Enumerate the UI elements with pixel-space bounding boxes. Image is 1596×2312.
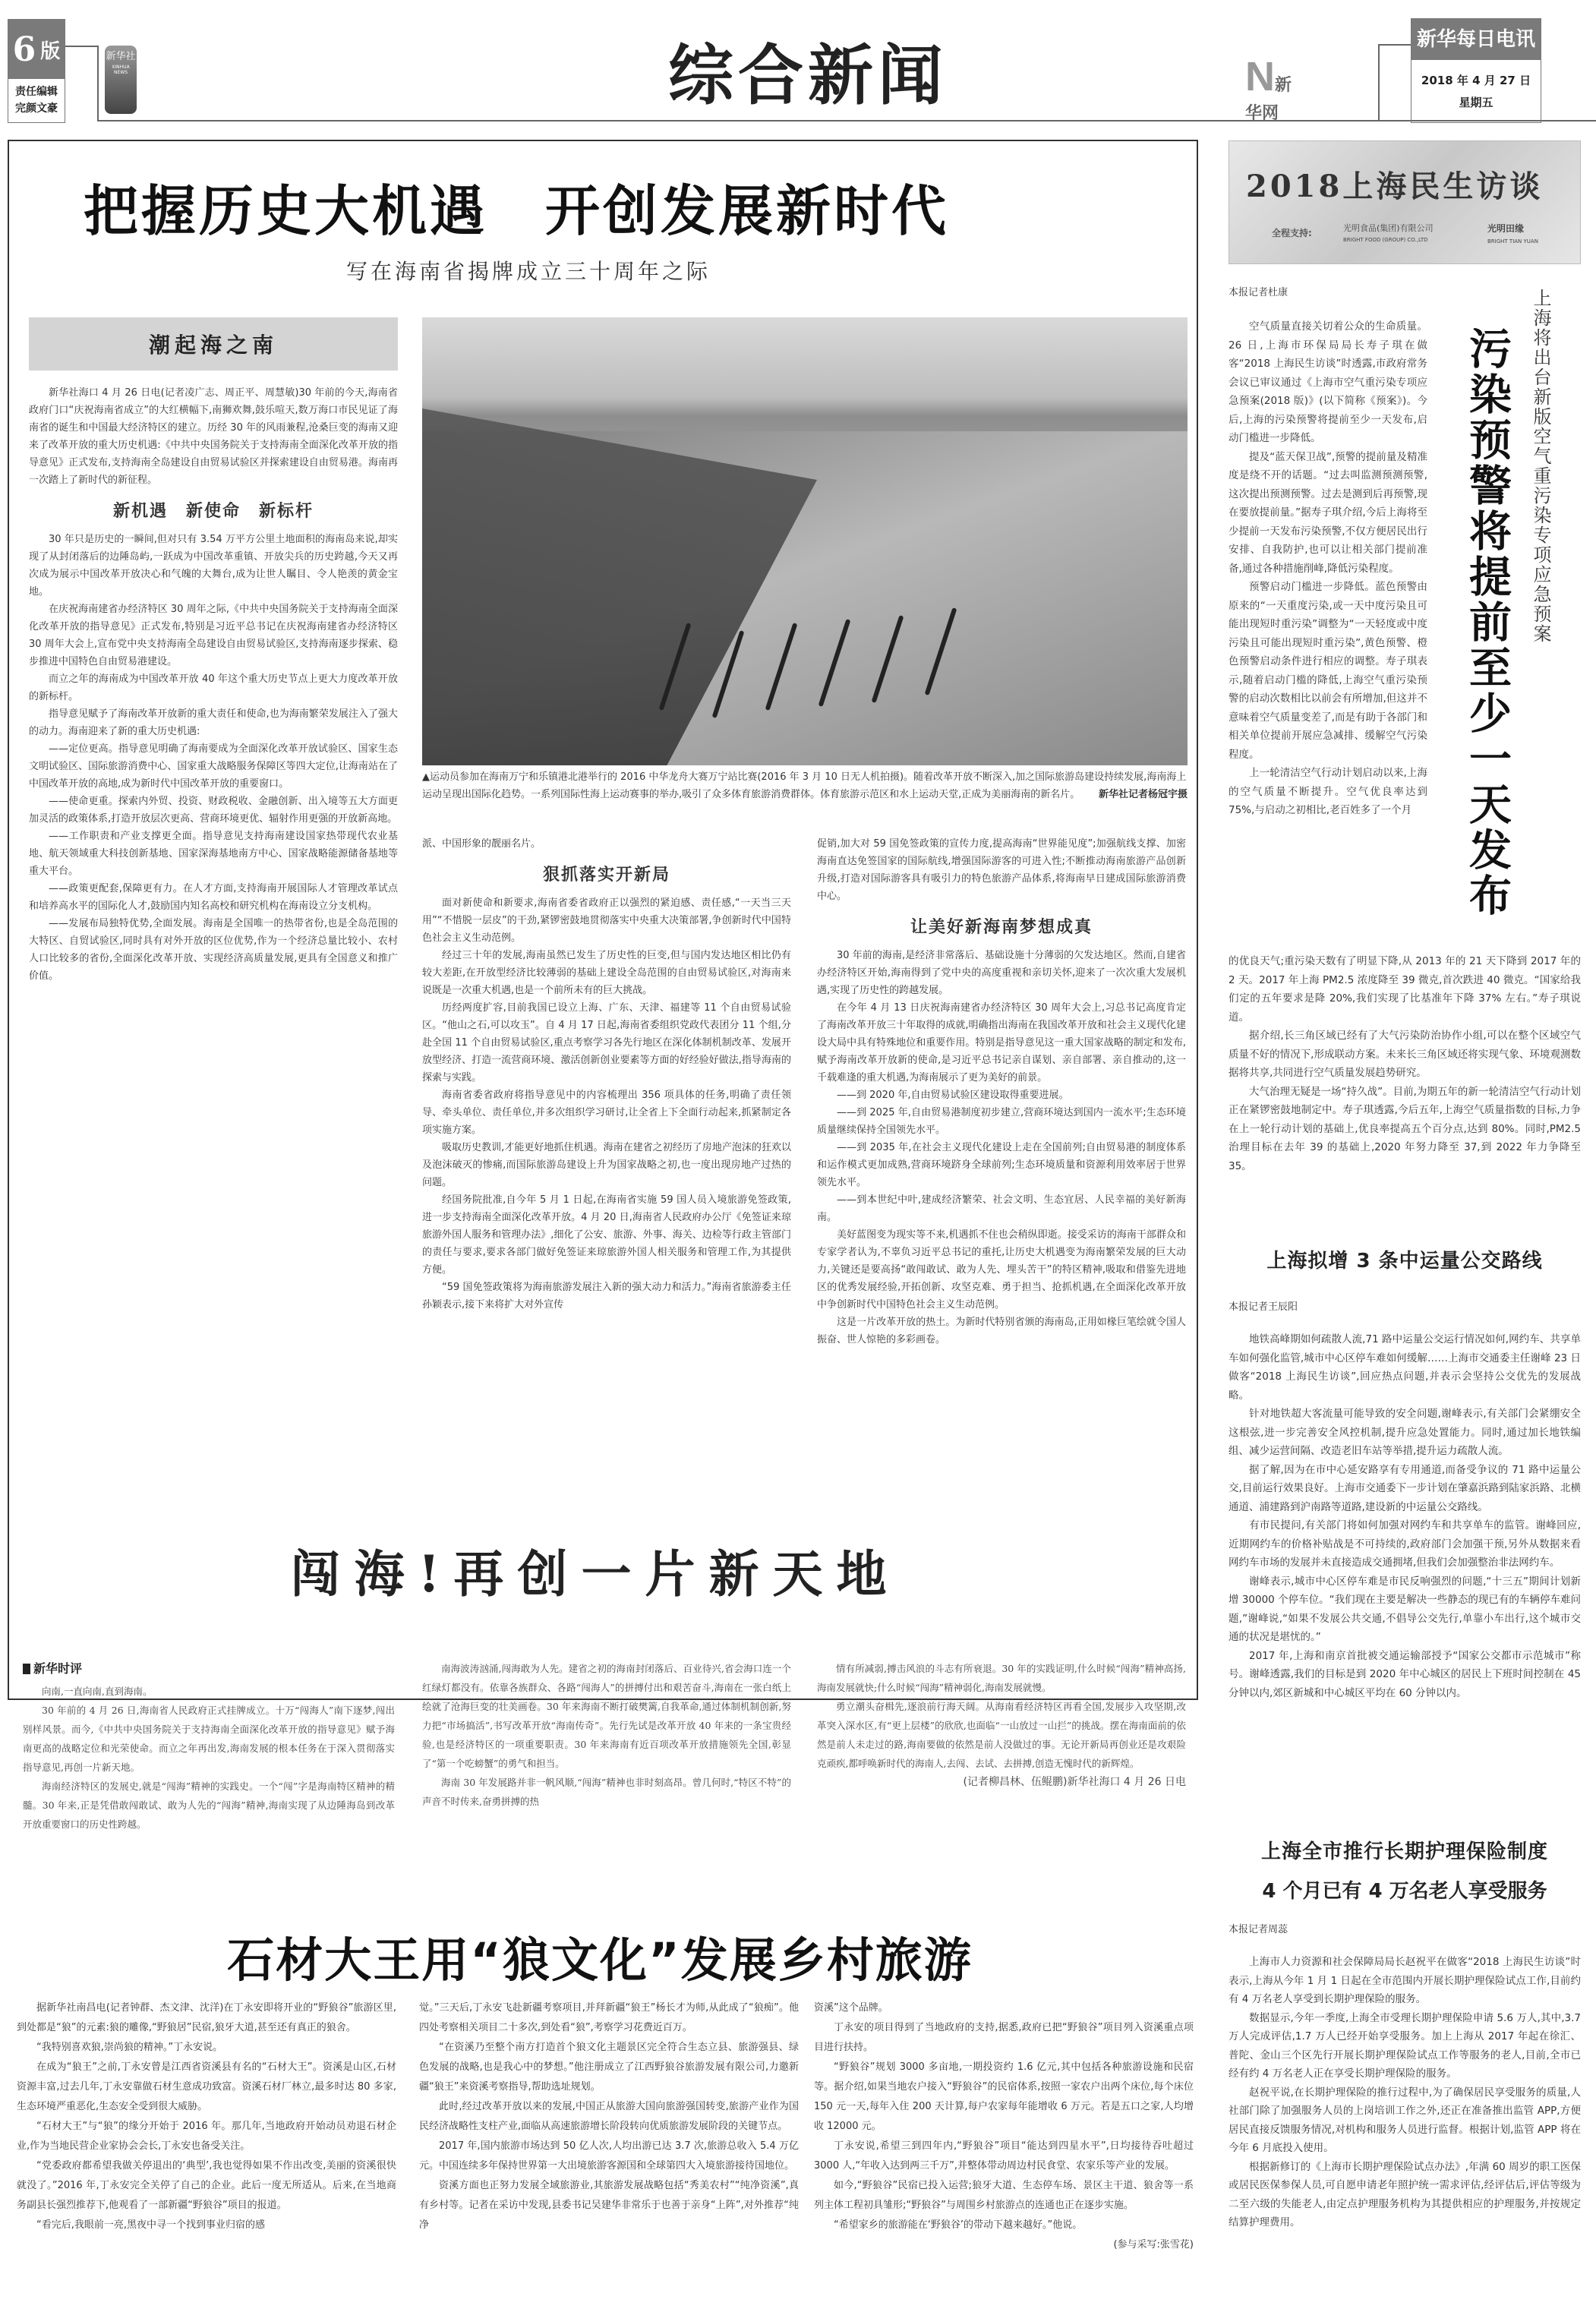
xinhua-logo-icon: 新华社 XINHUA NEWS bbox=[105, 46, 137, 114]
article-paragraph: 在庆祝海南建省办经济特区 30 周年之际,《中共中央国务院关于支持海南全面深化改… bbox=[29, 601, 398, 670]
article-paragraph: 在成为“狼王”之前,丁永安曾是江西省资溪县有名的“石材大王”。资溪是山区,石材资… bbox=[17, 2058, 396, 2117]
commentary-tag: 新华时评 bbox=[23, 1659, 82, 1676]
page-number-tag: 6版 责任编辑 完颜文豪 bbox=[8, 19, 65, 123]
article-paragraph: 资溪方面也正努力发展全域旅游业,其旅游发展战略包括“秀美农村”“纯净资溪”,真有… bbox=[419, 2176, 799, 2235]
article-paragraph: “希望家乡的旅游能在‘野狼谷’的带动下越来越好。”他说。 bbox=[814, 2216, 1194, 2235]
photo-caption: ▲运动员参加在海南万宁和乐镇港北港举行的 2016 中华龙舟大赛万宁站比赛(20… bbox=[422, 768, 1188, 803]
article-paragraph: 海南省委省政府将指导意见中的内容梳理出 356 项具体的任务,明确了责任领导、牵… bbox=[422, 1087, 791, 1139]
article-paragraph: 的优良天气;重污染天数有了明显下降,从 2013 年的 21 天下降到 2017… bbox=[1229, 952, 1581, 1027]
bus-routes-headline: 上海拟增 3 条中运量公交路线 bbox=[1229, 1245, 1581, 1273]
stone-article-byline: (参与采写:张雪花) bbox=[814, 2235, 1194, 2255]
feature-column-2: 派、中国形象的靓丽名片。 狠抓落实开新局 面对新使命和新要求,海南省委省政府正以… bbox=[422, 835, 791, 1314]
article-paragraph: 此时,经过改革开放以来的发展,中国正从旅游大国向旅游强国转变,旅游产业作为国民经… bbox=[419, 2097, 799, 2137]
shanghai-livelihood-interview-banner: 2018上海民生访谈 全程支持: 光明食品(集团)有限公司BRIGHT FOOD… bbox=[1229, 140, 1581, 264]
article-paragraph: 上海市人力资源和社会保障局局长赵祝平在做客“2018 上海民生访谈”时表示,上海… bbox=[1229, 1953, 1581, 2009]
masthead-rule bbox=[1378, 44, 1412, 46]
article-paragraph: “石材大王”与“狼”的缘分开始于 2016 年。那几年,当地政府开始动员劝退石材… bbox=[17, 2117, 396, 2156]
article-paragraph: 有市民提问,有关部门将如何加强对网约车和共享单车的监管。谢峰回应,近期网约车的价… bbox=[1229, 1516, 1581, 1572]
reporter-byline: 本报记者杜康 bbox=[1229, 284, 1288, 298]
article-paragraph: ——到本世纪中叶,建成经济繁荣、社会文明、生态宜居、人民幸福的美好新海南。 bbox=[817, 1191, 1186, 1226]
article-paragraph: 提及“蓝天保卫战”,预警的提前量及精准度是绕不开的话题。“过去叫监测预测预警,这… bbox=[1229, 448, 1427, 579]
article-paragraph: 数据显示,今年一季度,上海全市受理长期护理保险申请 5.6 万人,其中,3.7 … bbox=[1229, 2009, 1581, 2083]
commentary-headline: 闯海!再创一片新天地 bbox=[0, 1534, 1191, 1606]
article-paragraph: 指导意见赋予了海南改革开放新的重大责任和使命,也为海南繁荣发展注入了强大的动力。… bbox=[29, 705, 398, 740]
article-paragraph: 面对新使命和新要求,海南省委省政府正以强烈的紧迫感、责任感,“一天当三天用”“不… bbox=[422, 894, 791, 947]
stone-article-headline: 石材大王用“狼文化”发展乡村旅游 bbox=[0, 1922, 1200, 1990]
commentary-paragraph: 海南经济特区的发展史,就是“闯海”精神的实践史。一个“闯”字是海南特区精神的精髓… bbox=[23, 1777, 395, 1834]
article-paragraph: 美好蓝图变为现实等不来,机遇抓不住也会稍纵即逝。接受采访的海南干部群众和专家学者… bbox=[817, 1226, 1186, 1314]
feature-column-1: 新华社海口 4 月 26 日电(记者凌广志、周正平、周慧敏)30 年前的今天,海… bbox=[29, 384, 398, 985]
article-paragraph: 大气治理无疑是一场“持久战”。目前,为期五年的新一轮清洁空气行动计划正在紧锣密鼓… bbox=[1229, 1083, 1581, 1176]
section-title: 综合新闻 bbox=[668, 23, 948, 117]
article-paragraph: “我特别喜欢狼,崇尚狼的精神。”丁永安说。 bbox=[17, 2038, 396, 2058]
stone-article-column-3: 资溪”这个品牌。 丁永安的项目得到了当地政府的支持,据悉,政府已把“野狼谷”项目… bbox=[814, 1998, 1194, 2255]
masthead-rule bbox=[65, 46, 99, 47]
article-paragraph: ——工作职责和产业支撑更全面。指导意见支持海南建设国家热带现代农业基地、航天领域… bbox=[29, 828, 398, 880]
article-paragraph: 地铁高峰期如何疏散人流,71 路中运量公交运行情况如何,网约车、共享单车如何强化… bbox=[1229, 1330, 1581, 1405]
article-paragraph: 经过三十年的发展,海南虽然已发生了历史性的巨变,但与国内发达地区相比仍有较大差距… bbox=[422, 947, 791, 999]
air-pollution-narrow-column: 空气质量直接关切着公众的生命质量。26 日,上海市环保局局长寿子琪在做客“201… bbox=[1229, 317, 1427, 820]
article-paragraph: 历经两度扩容,目前我国已设立上海、广东、天津、福建等 11 个自由贸易试验区。“… bbox=[422, 999, 791, 1087]
article-paragraph: 经国务院批准,自今年 5 月 1 日起,在海南省实施 59 国人员入境旅游免签政… bbox=[422, 1191, 791, 1279]
commentary-paragraph: 30 年前的 4 月 26 日,海南省人民政府正式挂牌成立。十万“闯海人”南下逐… bbox=[23, 1701, 395, 1777]
article-paragraph: ——政策更配套,保障更有力。在人才方面,支持海南开展国际人才管理改革试点和培养高… bbox=[29, 880, 398, 915]
article-paragraph: 上一轮清洁空气行动计划启动以来,上海的空气质量不断提升。空气优良率达到 75%,… bbox=[1229, 764, 1427, 820]
article-paragraph: 针对地铁超大客流量可能导致的安全问题,谢峰表示,有关部门会紧绷安全这根弦,进一步… bbox=[1229, 1405, 1581, 1461]
issue-date: 2018 年 4 月 27 日 bbox=[1411, 72, 1541, 88]
feature-subheadline: 写在海南省揭牌成立三十周年之际 bbox=[346, 255, 711, 285]
sponsor-bright-tianyuan: 光明田缘BRIGHT TIAN YUAN bbox=[1487, 222, 1538, 245]
subheading: 狠抓落实开新局 bbox=[422, 866, 791, 884]
article-paragraph: “59 国免签政策将为海南旅游发展注入新的强大动力和活力。”海南省旅游委主任孙颖… bbox=[422, 1279, 791, 1314]
sponsor-name: 光明食品(集团)有限公司 bbox=[1343, 223, 1434, 233]
article-paragraph: 吸取历史教训,才能更好地抓住机遇。海南在建省之初经历了房地产泡沫的狂欢以及泡沫破… bbox=[422, 1139, 791, 1191]
masthead-rule bbox=[1378, 44, 1380, 121]
sponsor-name: 光明田缘 bbox=[1487, 223, 1524, 234]
article-paragraph: 新华社海口 4 月 26 日电(记者凌广志、周正平、周慧敏)30 年前的今天,海… bbox=[29, 384, 398, 489]
article-paragraph: ——定位更高。指导意见明确了海南要成为全面深化改革开放试验区、国家生态文明试验区… bbox=[29, 740, 398, 793]
xinhua-logo-text: 新华社 bbox=[106, 51, 135, 62]
article-paragraph: 而立之年的海南成为中国改革开放 40 年这个重大历史节点上更大力度改革开放的新标… bbox=[29, 670, 398, 705]
newspaper-name: 新华每日电讯 bbox=[1411, 19, 1541, 60]
article-paragraph: 根据新修订的《上海市长期护理保险试点办法》,年满 60 周岁的职工医保或居民医保… bbox=[1229, 2158, 1581, 2232]
article-paragraph: 据新华社南昌电(记者钟群、杰文津、沈洋)在丁永安即将开业的“野狼谷”旅游区里,到… bbox=[17, 1998, 396, 2038]
article-paragraph: 如今,“野狼谷”民宿已投入运营;狼牙大道、生态停车场、景区主干道、狼舍等一系列主… bbox=[814, 2176, 1194, 2216]
article-paragraph: “野狼谷”规划 3000 多亩地,一期投资约 1.6 亿元,其中包括各种旅游设施… bbox=[814, 2058, 1194, 2137]
article-paragraph: 30 年前的海南,是经济非常落后、基础设施十分薄弱的欠发达地区。然而,自建省办经… bbox=[817, 947, 1186, 999]
news-logo-letter: N bbox=[1245, 54, 1275, 99]
xinhua-logo-en: XINHUA NEWS bbox=[105, 65, 137, 75]
sponsor-name-en: BRIGHT TIAN YUAN bbox=[1487, 238, 1538, 244]
stone-article-column-2: 觉。”三天后,丁永安飞赴新疆考察项目,并拜新疆“狼王”杨长才为师,从此成了“狼痴… bbox=[419, 1998, 799, 2235]
article-paragraph: 空气质量直接关切着公众的生命质量。26 日,上海市环保局局长寿子琪在做客“201… bbox=[1229, 317, 1427, 448]
banner-title: 2018上海民生访谈 bbox=[1246, 162, 1543, 206]
page-number-value: 6 bbox=[13, 30, 36, 69]
article-paragraph: 派、中国形象的靓丽名片。 bbox=[422, 835, 791, 853]
masthead-rule bbox=[97, 120, 1596, 121]
article-paragraph: 这是一片改革开放的热土。为新时代特别省颁的海南岛,正用如椽巨笔绘就令国人振奋、世… bbox=[817, 1314, 1186, 1348]
article-paragraph: 丁永安的项目得到了当地政府的支持,据悉,政府已把“野狼谷”项目列入资溪重点项目进… bbox=[814, 2018, 1194, 2058]
commentary-paragraph: 南海波涛汹涌,闯海敢为人先。建省之初的海南封闭落后、百业待兴,省会海口连一个红绿… bbox=[422, 1659, 791, 1773]
article-paragraph: 预警启动门槛进一步降低。蓝色预警由原来的“一天重度污染,或一天中度污染且可能出现… bbox=[1229, 578, 1427, 764]
xinhuanet-news-logo-icon: N新华网 bbox=[1245, 53, 1298, 99]
article-paragraph: 促销,加大对 59 国免签政策的宣传力度,提高海南“世界能见度”;加强航线支撑、… bbox=[817, 835, 1186, 905]
long-term-care-subheadline: 4 个月已有 4 万名老人享受服务 bbox=[1229, 1875, 1581, 1904]
article-paragraph: 资溪”这个品牌。 bbox=[814, 1998, 1194, 2018]
commentary-column-1: 向南,一直向南,直到海南。 30 年前的 4 月 26 日,海南省人民政府正式挂… bbox=[23, 1682, 395, 1834]
sponsor-name-en: BRIGHT FOOD (GROUP) CO.,LTD bbox=[1343, 237, 1428, 243]
editor-label: 责任编辑 bbox=[8, 84, 65, 100]
air-pollution-wide-column: 的优良天气;重污染天数有了明显下降,从 2013 年的 21 天下降到 2017… bbox=[1229, 952, 1581, 1175]
article-paragraph: 据介绍,长三角区域已经有了大气污染防治协作小组,可以在整个区域空气质量不好的情况… bbox=[1229, 1027, 1581, 1083]
page-number: 6版 bbox=[8, 20, 65, 79]
article-paragraph: “党委政府都希望我做关停退出的‘典型’,我也觉得如果不作出改变,美丽的资溪很快就… bbox=[17, 2156, 396, 2216]
commentary-byline: (记者柳昌林、伍鲲鹏)新华社海口 4 月 26 日电 bbox=[817, 1773, 1186, 1792]
article-paragraph: ——到 2025 年,自由贸易港制度初步建立,营商环境达到国内一流水平;生态环境… bbox=[817, 1104, 1186, 1139]
dragon-boat-race-photo bbox=[422, 317, 1188, 765]
photo-credit: 新华社记者杨冠宇摄 bbox=[1099, 786, 1188, 803]
commentary-paragraph: 情有所减弱,搏击风浪的斗志有所衰退。30 年的实践证明,什么时候“闯海”精神高扬… bbox=[817, 1659, 1186, 1697]
commentary-paragraph: 向南,一直向南,直到海南。 bbox=[23, 1682, 395, 1701]
reporter-byline: 本报记者周蕊 bbox=[1229, 1921, 1288, 1935]
article-paragraph: ——使命更重。探索内外贸、投资、财政税收、金融创新、出入境等五大方面更加灵活的政… bbox=[29, 793, 398, 828]
article-paragraph: 谢峰表示,城市中心区停车难是市民反响强烈的问题,“十三五”期间计划新增 3000… bbox=[1229, 1572, 1581, 1647]
photo-caption-text: ▲运动员参加在海南万宁和乐镇港北港举行的 2016 中华龙舟大赛万宁站比赛(20… bbox=[422, 771, 1186, 800]
newspaper-nameplate: 新华每日电讯 2018 年 4 月 27 日 星期五 bbox=[1411, 18, 1541, 123]
article-paragraph: ——到 2035 年,在社会主义现代化建设上走在全国前列;自由贸易港的制度体系和… bbox=[817, 1139, 1186, 1191]
air-pollution-headline: 污染预警将提前至少一天发布 bbox=[1456, 326, 1517, 919]
long-term-care-column: 上海市人力资源和社会保障局局长赵祝平在做客“2018 上海民生访谈”时表示,上海… bbox=[1229, 1953, 1581, 2232]
subheading: 新机遇 新使命 新标杆 bbox=[29, 503, 398, 520]
article-paragraph: ——到 2020 年,自由贸易试验区建设取得重要进展。 bbox=[817, 1087, 1186, 1104]
commentary-column-2: 南海波涛汹涌,闯海敢为人先。建省之初的海南封闭落后、百业待兴,省会海口连一个红绿… bbox=[422, 1659, 791, 1811]
banner-support-label: 全程支持: bbox=[1272, 226, 1312, 239]
issue-weekday: 星期五 bbox=[1411, 94, 1541, 110]
stone-article-column-1: 据新华社南昌电(记者钟群、杰文津、沈洋)在丁永安即将开业的“野狼谷”旅游区里,到… bbox=[17, 1998, 396, 2235]
article-paragraph: 在今年 4 月 13 日庆祝海南建省办经济特区 30 周年大会上,习总书记高度肯… bbox=[817, 999, 1186, 1087]
article-paragraph: 丁永安说,希望三到四年内,“野狼谷”项目“能达到四星水平”,日均接待吞吐超过 3… bbox=[814, 2137, 1194, 2176]
editor-credit: 责任编辑 完颜文豪 bbox=[8, 79, 65, 123]
article-paragraph: “看完后,我眼前一亮,黑夜中寻一个找到事业归宿的感 bbox=[17, 2216, 396, 2235]
article-paragraph: 2017 年,上海和南京首批被交通运输部授予“国家公交都市示范城市”称号。谢峰透… bbox=[1229, 1647, 1581, 1703]
subheading: 让美好新海南梦想成真 bbox=[817, 919, 1186, 936]
reporter-byline: 本报记者王辰阳 bbox=[1229, 1298, 1298, 1313]
commentary-paragraph: 海南 30 年发展路并非一帆风顺,“闯海”精神也非时刻高昂。曾几何时,“特区不特… bbox=[422, 1773, 791, 1811]
page-unit: 版 bbox=[40, 36, 60, 64]
long-term-care-headline: 上海全市推行长期护理保险制度 bbox=[1229, 1836, 1581, 1864]
article-paragraph: 2017 年,国内旅游市场达到 50 亿人次,人均出游已达 3.7 次,旅游总收… bbox=[419, 2137, 799, 2176]
feature-headline: 把握历史大机遇 开创发展新时代 bbox=[84, 167, 949, 246]
commentary-paragraph: 勇立潮头奋楫先,逐浪前行海天阔。从海南看经济特区再看全国,发展步入攻坚期,改革突… bbox=[817, 1697, 1186, 1773]
air-pollution-subheadline: 上海将出台新版空气重污染专项应急预案 bbox=[1528, 289, 1554, 644]
commentary-column-3: 情有所减弱,搏击风浪的斗志有所衰退。30 年的实践证明,什么时候“闯海”精神高扬… bbox=[817, 1659, 1186, 1792]
editor-name: 完颜文豪 bbox=[8, 100, 65, 117]
bus-routes-column: 地铁高峰期如何疏散人流,71 路中运量公交运行情况如何,网约车、共享单车如何强化… bbox=[1229, 1330, 1581, 1702]
masthead-rule bbox=[97, 46, 99, 121]
section-banner: 潮起海之南 bbox=[29, 317, 398, 371]
article-paragraph: ——发展布局独特优势,全面发展。海南是全国唯一的热带省份,也是全岛范围的大特区、… bbox=[29, 915, 398, 985]
sponsor-bright-food: 光明食品(集团)有限公司BRIGHT FOOD (GROUP) CO.,LTD bbox=[1343, 222, 1434, 244]
article-paragraph: 30 年只是历史的一瞬间,但对只有 3.54 万平方公里土地面积的海南岛来说,却… bbox=[29, 531, 398, 601]
article-paragraph: 赵祝平说,在长期护理保险的推行过程中,为了确保居民享受服务的质量,人社部门除了加… bbox=[1229, 2083, 1581, 2158]
article-paragraph: “在资溪乃至整个南方打造首个狼文化主题景区完全符合生态立县、旅游强县、绿色发展的… bbox=[419, 2038, 799, 2097]
feature-column-3: 促销,加大对 59 国免签政策的宣传力度,提高海南“世界能见度”;加强航线支撑、… bbox=[817, 835, 1186, 1348]
article-paragraph: 据了解,因为在市中心延安路享有专用通道,而备受争议的 71 路中运量公交,目前运… bbox=[1229, 1461, 1581, 1517]
article-paragraph: 觉。”三天后,丁永安飞赴新疆考察项目,并拜新疆“狼王”杨长才为师,从此成了“狼痴… bbox=[419, 1998, 799, 2038]
